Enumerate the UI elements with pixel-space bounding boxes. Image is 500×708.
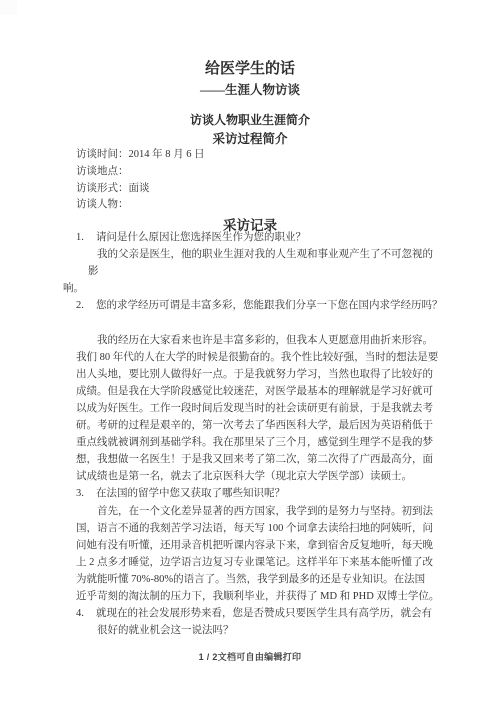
question-line: 4.就现在的社会发展形势来看，您是否赞成只要医学生具有高学历，就会有 — [76, 605, 428, 622]
document-page: 给医学生的话 ——生涯人物访谈 访谈人物职业生涯简介 采访过程简介 访谈时间：2… — [0, 0, 500, 708]
meta-line: 访谈地点： — [76, 164, 205, 181]
answer-line: 想，我想做一名医生！于是我又回来考了第二次，第二次得了广西最高分，面 — [76, 451, 428, 468]
meta-label: 访谈地点： — [76, 166, 129, 177]
meta-label: 访谈时间： — [76, 149, 129, 160]
interview-body: 1.请问是什么原因让您选择医生作为您的职业？我的父亲是医生，他的职业生涯对我的人… — [76, 229, 428, 639]
answer-line: 上 2 点多才睡觉，边学语言边复习专业课笔记。这样半年下来基本能听懂了改 — [76, 554, 428, 571]
question-line: 1.请问是什么原因让您选择医生作为您的职业？ — [76, 229, 428, 246]
section-heading-process-intro: 采访过程简介 — [0, 129, 500, 147]
question-text: 请问是什么原因让您选择医生作为您的职业？ — [96, 232, 306, 243]
blank-line — [76, 314, 428, 331]
meta-label: 访谈形式： — [76, 183, 129, 194]
question-number: 1. — [76, 229, 96, 246]
document-title: 给医学生的话 — [0, 57, 500, 78]
question-text: 您的求学经历可谓是丰富多彩，您能跟我们分享一下您在国内求学经历吗？ — [96, 300, 443, 311]
answer-line: 问她有没有听懂，还用录音机把听课内容录下来，拿到宿舍反复地听，每天晚 — [76, 537, 428, 554]
question-text: 就现在的社会发展形势来看，您是否赞成只要医学生具有高学历，就会有 — [96, 608, 432, 619]
answer-line: 响。 — [63, 280, 428, 297]
meta-value: 2014 年 8 月 6 日 — [129, 149, 205, 160]
meta-value: 面谈 — [129, 183, 150, 194]
meta-line: 访谈时间：2014 年 8 月 6 日 — [76, 147, 205, 164]
answer-line: 近乎苛刻的淘汰制的压力下，我顺利毕业，并获得了 MD 和 PHD 双博士学位。 — [76, 588, 428, 605]
meta-label: 访谈人物： — [76, 199, 129, 210]
answer-line: 试成绩也是第一名，就去了北京医科大学（现北京大学医学部）读硕士。 — [76, 468, 428, 485]
answer-line: 国，语言不通的我刻苦学习法语，每天写 100 个词拿去读给扫地的阿姨听，问 — [76, 520, 428, 537]
question-text: 在法国的留学中您又获取了哪些知识呢？ — [96, 488, 285, 499]
question-line: 3.在法国的留学中您又获取了哪些知识呢？ — [76, 485, 428, 502]
meta-line: 访谈形式：面谈 — [76, 181, 205, 198]
answer-line: 为就能听懂 70%-80%的语言了。当然，我学到最多的还是专业知识。在法国 — [76, 571, 428, 588]
answer-line: 研。考研的过程是艰辛的，第一次考去了华西医科大学，最后因为英语稍低于 — [76, 417, 428, 434]
answer-line: 我的经历在大家看来也许是丰富多彩的，但我本人更愿意用曲折来形容。 — [76, 332, 428, 349]
answer-line: 重点线就被调剂到基础学科。我在那里呆了三个月，感觉到生理学不是我的梦 — [76, 434, 428, 451]
question-line: 2.您的求学经历可谓是丰富多彩，您能跟我们分享一下您在国内求学经历吗？ — [76, 297, 428, 314]
section-heading-career-intro: 访谈人物职业生涯简介 — [0, 111, 500, 128]
answer-line: 以成为好医生。工作一段时间后发现当时的社会读研更有前景，于是我就去考 — [76, 400, 428, 417]
answer-line: 很好的就业机会这一说法吗？ — [76, 622, 428, 639]
meta-line: 访谈人物： — [76, 197, 205, 214]
document-subtitle: ——生涯人物访谈 — [0, 80, 500, 98]
interview-meta: 访谈时间：2014 年 8 月 6 日访谈地点：访谈形式：面谈访谈人物： — [76, 147, 205, 214]
question-number: 2. — [76, 297, 96, 314]
page-footer: 1 / 2文档可自由编辑打印 — [0, 650, 500, 663]
answer-line: 首先，在一个文化差异显著的西方国家，我学到的是努力与坚持。初到法 — [76, 503, 428, 520]
question-number: 3. — [76, 485, 96, 502]
answer-line: 影 — [76, 263, 428, 280]
question-number: 4. — [76, 605, 96, 622]
answer-line: 我的父亲是医生，他的职业生涯对我的人生观和事业观产生了不可忽视的 — [76, 246, 428, 263]
answer-line: 我们 80 年代的人在大学的时候是很勤奋的。我个性比较好强，当时的想法是要 — [76, 349, 428, 366]
answer-line: 出人头地，要比别人做得好一点。于是我就努力学习，当然也取得了比较好的 — [76, 366, 428, 383]
answer-line: 成绩。但是我在大学阶段感觉比较迷茫，对医学最基本的理解就是学习好就可 — [76, 383, 428, 400]
scan-artifact — [0, 0, 17, 15]
